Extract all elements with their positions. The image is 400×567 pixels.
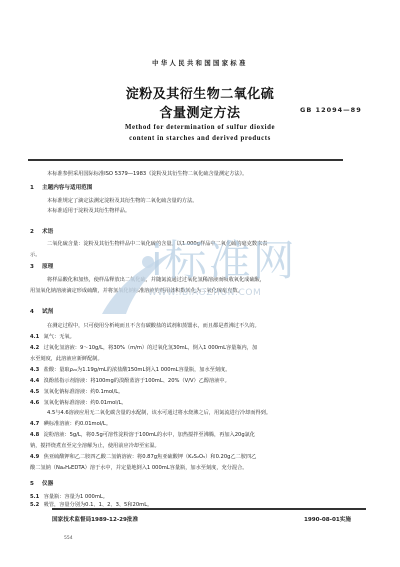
item-text: 容量瓶：容量为1 000mL。 <box>44 494 108 500</box>
effective-date: 1990-08-01实施 <box>304 515 351 523</box>
header-divider <box>28 159 343 161</box>
section-4-heading: 4试剂 <box>30 307 53 315</box>
page-number: 554 <box>64 536 73 541</box>
watermark-swoosh-icon <box>96 248 176 318</box>
item-4-8-continuation: 钠，搅拌烧煮直至完全溶解为止，使用前应冷却至室温。 <box>30 442 160 449</box>
item-number: 4.1 <box>30 334 42 340</box>
section-number: 1 <box>30 185 42 191</box>
item-text: 氢氧化钠标准溶液：约0.1mol/L。 <box>44 389 124 395</box>
section-title: 原理 <box>42 264 53 270</box>
item-5-2: 5.2 吸管，容量分别为0.1、1、2、3、5和20mL。 <box>30 501 152 508</box>
item-4-2-continuation: 水至刻度，此溶液应新鲜配制。 <box>30 355 103 362</box>
item-number: 4.6 <box>30 400 42 406</box>
document-title-line1: 淀粉及其衍生物二氧化硫 <box>0 83 400 102</box>
section-5-heading: 5仪器 <box>30 479 53 487</box>
item-text: 碘标准溶液：约0.01mol/L。 <box>44 421 111 427</box>
section-title: 主题内容与适用范围 <box>42 185 92 191</box>
section-1-paragraph-2: 本标准适用于淀粉及其衍生物样品。 <box>47 207 130 214</box>
section-number: 5 <box>30 481 42 487</box>
section-3-paragraph-line1: 将样品酸化和加热，使样品释放出二氧化硫，并随氮流通过过氧化氢稀溶液而吸收氧化成硫… <box>47 276 265 283</box>
item-text: 氮气：无氧。 <box>44 334 75 340</box>
section-2-heading: 2术语 <box>30 227 53 235</box>
section-3-paragraph-line2: 用氢氧化钠溶液滴定形成硫酸，并将氢氧化钠标准溶液的耗用体积数转化为二氧化硫毫克数… <box>30 287 243 294</box>
section-title: 试剂 <box>42 309 53 315</box>
item-number: 5.1 <box>30 494 42 500</box>
item-4-1: 4.1 氮气：无氧。 <box>30 333 75 340</box>
item-4-2: 4.2 过氧化氢溶液：9～10g/L，将30%（m/m）的过氧化氢30mL，倒入… <box>30 344 257 351</box>
section-4-paragraph: 在测定过程中，只可使用分析纯而且不含有碳酸盐的试剂和蒸馏水，而且都是煮沸过不久的… <box>47 322 260 329</box>
item-number: 4.8 <box>30 432 42 438</box>
section-number: 3 <box>30 264 42 270</box>
item-4-3: 4.3 盐酸：量取ρ₂₀为1.19g/mL的浓盐酸150mL倒入1 000mL容… <box>30 366 230 373</box>
item-text: 氢氧化钠标准溶液：约0.01mol/L。 <box>44 400 127 406</box>
reagent-note: 4.5与4.6溶液应用无二氧化碳含量的水配制，该水可通过将水烧沸之后，用氮流进行… <box>47 409 271 416</box>
item-4-9: 4.9 焦亚硫酸钾和乙二胺四乙酸二氢钠溶液：将0.87g焦亚硫酸钾（K₂S₂O₅… <box>30 453 256 460</box>
approval-date: 国家技术监督局1989-12-29批准 <box>52 515 138 523</box>
item-number: 4.7 <box>30 421 42 427</box>
section-number: 4 <box>30 309 42 315</box>
section-title: 术语 <box>42 229 53 235</box>
item-4-6: 4.6 氢氧化钠标准溶液：约0.01mol/L。 <box>30 399 127 406</box>
section-title: 仪器 <box>42 481 53 487</box>
item-text: 淀粉溶液：5g/L，将0.5g可溶性淀粉溶于100mL的水中，加热搅拌至沸腾，再… <box>44 432 255 438</box>
national-standard-label: 中华人民共和国国家标准 <box>0 58 400 67</box>
footer-divider <box>52 508 366 510</box>
intro-paragraph: 本标准参照采用国际标准ISO 5379—1983《淀粉及其衍生物二氧化硫含量测定… <box>47 170 247 177</box>
section-2-paragraph-line2: 示。 <box>30 251 40 258</box>
section-1-paragraph-1: 本标准规定了滴定法测定淀粉及其衍生物的二氧化硫含量的方法。 <box>47 197 197 204</box>
english-title-line1: Method for determination of sulfur dioxi… <box>0 124 400 131</box>
item-number: 4.5 <box>30 389 42 395</box>
section-2-paragraph-line1: 二氧化硫含量：淀粉及其衍生物样品中二氧化硫的含量。以1 000g样品中二氧化硫的… <box>47 240 267 247</box>
item-4-5: 4.5 氢氧化钠标准溶液：约0.1mol/L。 <box>30 388 123 395</box>
item-number: 4.2 <box>30 345 42 351</box>
item-text: 盐酸：量取ρ₂₀为1.19g/mL的浓盐酸150mL倒入1 000mL容量瓶，加… <box>44 367 231 373</box>
item-text: 溴酚蓝指示剂溶液：将100mg的溴酚蓝溶于100mL、20%（V/V）乙醇溶液中… <box>44 378 230 384</box>
item-number: 4.3 <box>30 367 42 373</box>
item-4-9-continuation: 酸二氢钠（Na₂H₂EDTA）溶于水中，并定量地倒入1 000mL容量瓶，加水至… <box>30 464 248 471</box>
section-number: 2 <box>30 229 42 235</box>
item-number: 4.4 <box>30 378 42 384</box>
item-text: 过氧化氢溶液：9～10g/L，将30%（m/m）的过氧化氢30mL，倒入1 00… <box>44 345 257 351</box>
item-number: 4.9 <box>30 454 42 460</box>
section-3-heading: 3原理 <box>30 262 53 270</box>
standard-code: GB 12094—89 <box>300 106 362 114</box>
item-5-1: 5.1 容量瓶：容量为1 000mL。 <box>30 493 108 500</box>
item-4-4: 4.4 溴酚蓝指示剂溶液：将100mg的溴酚蓝溶于100mL、20%（V/V）乙… <box>30 377 230 384</box>
item-4-7: 4.7 碘标准溶液：约0.01mol/L。 <box>30 420 111 427</box>
section-1-heading: 1主题内容与适用范围 <box>30 183 92 191</box>
item-text: 焦亚硫酸钾和乙二胺四乙酸二氢钠溶液：将0.87g焦亚硫酸钾（K₂S₂O₅）和0.… <box>44 454 257 460</box>
item-number: 5.2 <box>30 502 42 508</box>
english-title-line2: content in starches and derived products <box>0 135 400 142</box>
item-4-8: 4.8 淀粉溶液：5g/L，将0.5g可溶性淀粉溶于100mL的水中，加热搅拌至… <box>30 431 255 438</box>
